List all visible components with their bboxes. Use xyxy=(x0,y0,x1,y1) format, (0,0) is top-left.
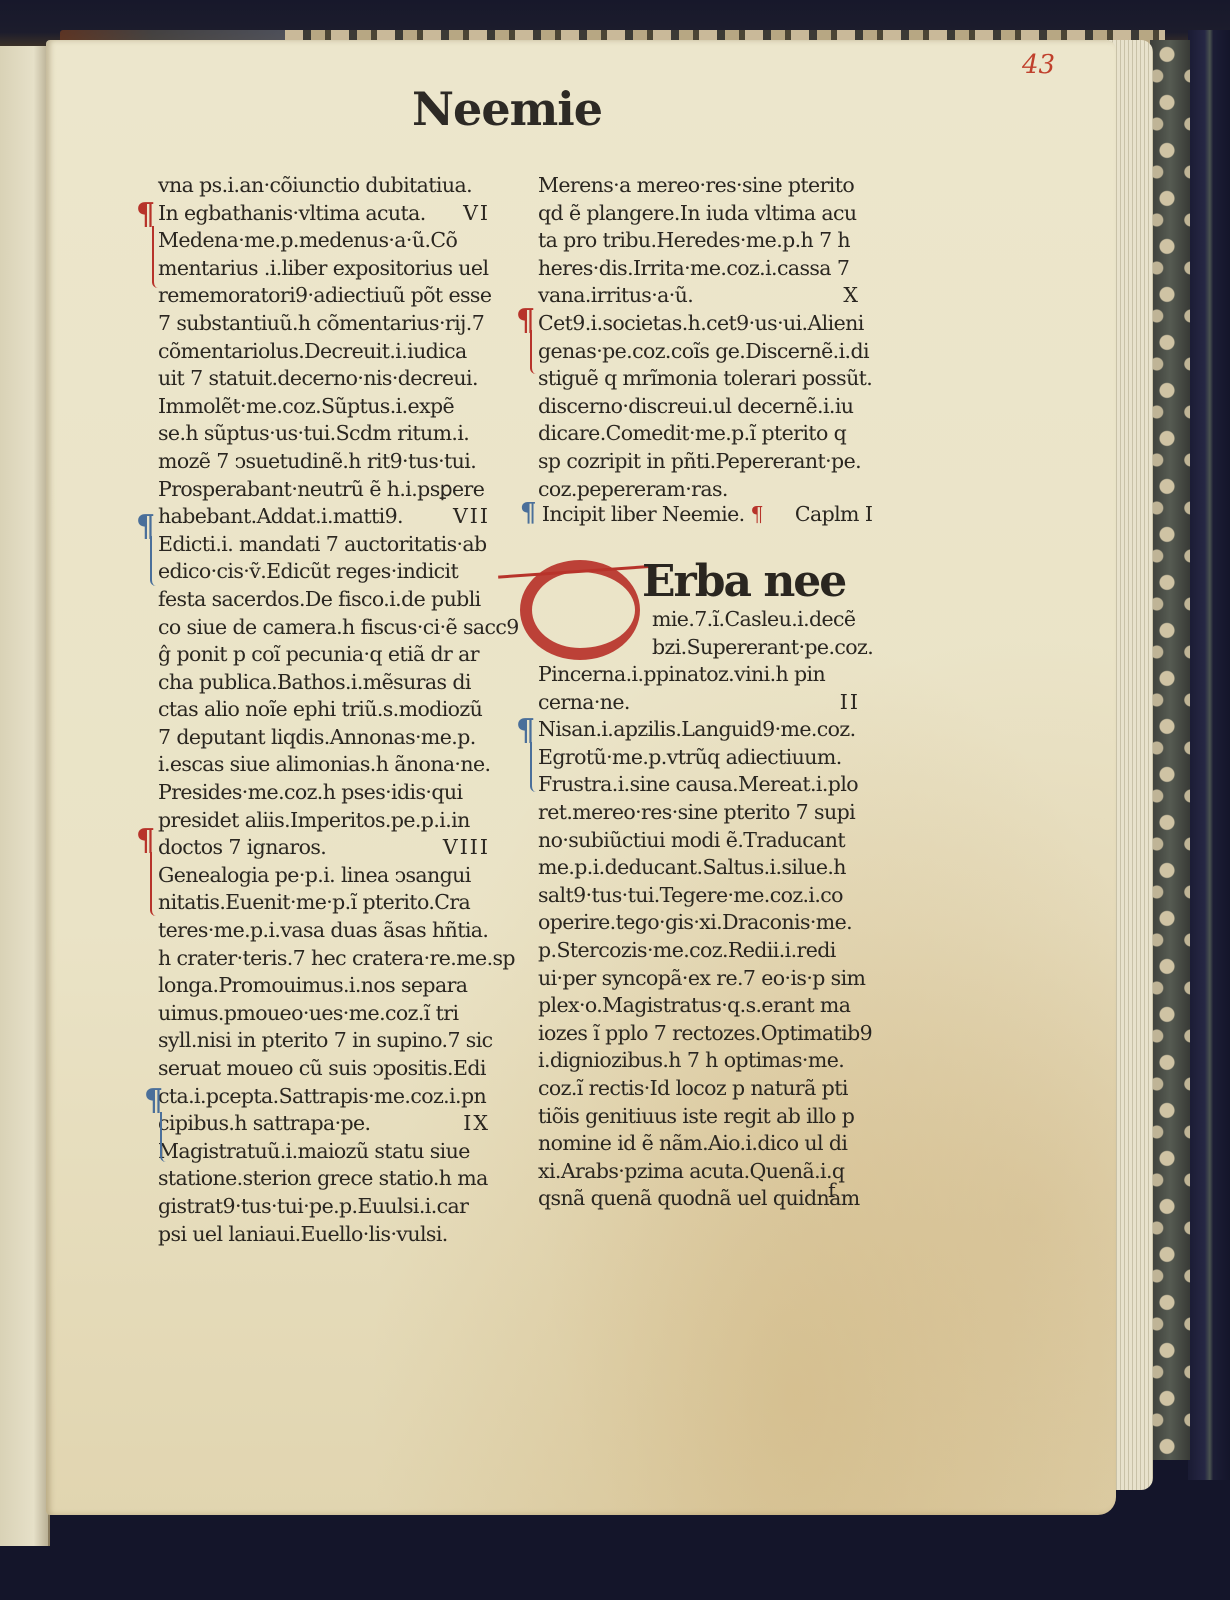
text-line: festa sacerdos.De fisco.i.de publi xyxy=(158,586,498,614)
text-line: presidet aliis.Imperitos.pe.p.i.in xyxy=(158,807,498,835)
text-line: Presides·me.coz.h pses·idis·qui xyxy=(158,779,498,807)
text-line: nomine id ẽ nãm.Aio.i.dico ul di xyxy=(538,1130,868,1158)
text-line-content: cipibus.h sattrapa·pe. xyxy=(158,1111,370,1135)
text-line-content: vna ps.i.an·cõiunctio dubitatiua. xyxy=(158,173,472,197)
text-line-content: gistrat9·tus·tui·pe.p.Euulsi.i.car xyxy=(158,1194,468,1218)
chapter-numeral: II xyxy=(840,689,860,717)
right-column-top: Merens·a mereo·res·sine pteritoqd ẽ plan… xyxy=(538,172,868,503)
text-line-content: Magistratuũ.i.maiozũ statu siue xyxy=(158,1139,470,1163)
text-line: cipibus.h sattrapa·pe.IX xyxy=(158,1110,498,1138)
text-line: statione.sterion grece statio.h ma xyxy=(158,1165,498,1193)
text-line: i.escas siue alimonias.h ãnona·ne. xyxy=(158,751,498,779)
text-line: mozẽ 7 ↄsuetudinẽ.h rit9·tus·tui. xyxy=(158,448,498,476)
text-line-content: statione.sterion grece statio.h ma xyxy=(158,1166,488,1190)
text-line: Frustra.i.sine causa.Mereat.i.plo xyxy=(538,771,868,799)
text-line-content: Medena·me.p.medenus·a·ũ.Cõ xyxy=(158,228,457,252)
text-line: stiguẽ q mrĩmonia tolerari possũt. xyxy=(538,365,868,393)
text-line-content: ta pro tribu.Heredes·me.p.h 7 h xyxy=(538,228,850,252)
text-line: p.Stercozis·me.coz.Redii.i.redi xyxy=(538,937,868,965)
text-line: rememoratori9·adiectiuũ põt esse xyxy=(158,282,498,310)
text-line-content: Immolẽt·me.coz.Sũptus.i.expẽ xyxy=(158,394,454,418)
text-line-content: ĝ ponit p coĩ pecunia·q etiã dr ar xyxy=(158,642,479,666)
text-line-content: mozẽ 7 ↄsuetudinẽ.h rit9·tus·tui. xyxy=(158,449,476,473)
rubric-bracket xyxy=(150,852,160,916)
chapter-heading: Caplm I xyxy=(795,502,872,526)
chapter-numeral: VII xyxy=(453,503,490,531)
text-line-content: 7 deputant liqdis.Annonas·me.p. xyxy=(158,725,476,749)
text-line: operire.tego·gis·xi.Draconis·me. xyxy=(538,909,868,937)
text-line: teres·me.p.i.vasa duas ãsas hñtia. xyxy=(158,917,498,945)
text-line-content: Prosperabant·neutrũ ẽ h.i.psꝑere xyxy=(158,477,484,501)
chapter-numeral: VIII xyxy=(443,834,490,862)
text-line-content: i.escas siue alimonias.h ãnona·ne. xyxy=(158,752,490,776)
text-line: ctas alio noĩe ephi triũ.s.modiozũ xyxy=(158,696,498,724)
rubric-bracket xyxy=(530,330,540,374)
text-line: tiõis genitiuus iste regit ab illo p xyxy=(538,1103,868,1131)
text-line: ret.mereo·res·sine pterito 7 supi xyxy=(538,799,868,827)
text-line-content: co siue de camera.h fiscus·ci·ẽ sacc9 xyxy=(158,615,519,639)
text-line-content: Pincerna.i.ppinatoz.vini.h pin xyxy=(538,662,825,686)
running-head: Neemie xyxy=(412,86,602,132)
text-line: 7 substantiuũ.h cõmentarius·rij.7 xyxy=(158,310,498,338)
text-line-content: habebant.Addat.i.matti9. xyxy=(158,504,403,528)
text-line: ta pro tribu.Heredes·me.p.h 7 h xyxy=(538,227,868,255)
text-line-content: mie.7.ĩ.Casleu.i.decẽ xyxy=(652,607,855,631)
text-line-content: se.h sũptus·us·tui.Scdm ritum.i. xyxy=(158,421,469,445)
text-line: cerna·ne.II xyxy=(538,689,868,717)
text-line-content: syll.nisi in pterito 7 in supino.7 sic xyxy=(158,1028,493,1052)
text-line: vana.irritus·a·ũ.X xyxy=(538,282,868,310)
text-line-content: bzi.Supererant·pe.coz. xyxy=(652,635,873,659)
marbled-endpaper-right xyxy=(1150,40,1190,1460)
text-line-content: h crater·teris.7 hec cratera·re.me.sp xyxy=(158,946,515,970)
text-line: Pincerna.i.ppinatoz.vini.h pin xyxy=(538,661,868,689)
incipit-text: Incipit liber Neemie. xyxy=(542,502,745,526)
facing-page-edge xyxy=(0,46,50,1546)
text-line-content: uit 7 statuit.decerno·nis·decreui. xyxy=(158,366,478,390)
text-line: heres·dis.Irrita·me.coz.i.cassa 7 xyxy=(538,255,868,283)
text-line: Nisan.i.apzilis.Languid9·me.coz. xyxy=(538,716,868,744)
text-line: longa.Promouimus.i.nos separa xyxy=(158,972,498,1000)
incipit-line: ¶ Incipit liber Neemie. ¶ Caplm I xyxy=(520,500,872,526)
text-line-content: uimus.pmoueo·ues·me.coz.ĩ tri xyxy=(158,1001,458,1025)
text-line: cha publica.Bathos.i.mẽsuras di xyxy=(158,669,498,697)
right-column-bottom: Pincerna.i.ppinatoz.vini.h pincerna·ne.I… xyxy=(538,661,868,1213)
text-line-content: qd ẽ plangere.In iuda vltima acu xyxy=(538,201,856,225)
text-line-content: Merens·a mereo·res·sine pterito xyxy=(538,173,854,197)
text-line-content: me.p.i.deducant.Saltus.i.silue.h xyxy=(538,855,846,879)
text-line-content: dicare.Comedit·me.p.ĩ pterito q xyxy=(538,421,846,445)
text-line: uit 7 statuit.decerno·nis·decreui. xyxy=(158,365,498,393)
text-line-content: no·subiũctiui modi ẽ.Traducant xyxy=(538,828,845,852)
text-line-content: teres·me.p.i.vasa duas ãsas hñtia. xyxy=(158,918,488,942)
text-line: syll.nisi in pterito 7 in supino.7 sic xyxy=(158,1027,498,1055)
text-line-content: In egbathanis·vltima acuta. xyxy=(158,201,426,225)
text-line-content: Genealogia pe·p.i. linea ↄsangui xyxy=(158,863,471,887)
text-line: co siue de camera.h fiscus·ci·ẽ sacc9 xyxy=(158,614,498,642)
text-line: no·subiũctiui modi ẽ.Traducant xyxy=(538,827,868,855)
text-line-content: genas·pe.coz.coĩs ge.Discernẽ.i.di xyxy=(538,339,869,363)
text-line-content: vana.irritus·a·ũ. xyxy=(538,283,693,307)
text-line-content: nitatis.Euenit·me·p.ĩ pterito.Cra xyxy=(158,890,470,914)
text-line: me.p.i.deducant.Saltus.i.silue.h xyxy=(538,854,868,882)
text-line: qsnã quenã quodnã uel quidnam xyxy=(538,1185,868,1213)
text-line-content: psi uel laniaui.Euello·lis·vulsi. xyxy=(158,1222,448,1246)
text-line-content: Frustra.i.sine causa.Mereat.i.plo xyxy=(538,772,858,796)
text-line: coz.pepereram·ras. xyxy=(538,476,868,504)
text-line: mie.7.ĩ.Casleu.i.decẽ xyxy=(652,606,873,634)
text-line-content: cha publica.Bathos.i.mẽsuras di xyxy=(158,670,471,694)
after-initial-text: mie.7.ĩ.Casleu.i.decẽbzi.Supererant·pe.c… xyxy=(652,606,873,661)
text-line-content: salt9·tus·tui.Tegere·me.coz.i.co xyxy=(538,883,843,907)
text-line: vna ps.i.an·cõiunctio dubitatiua. xyxy=(158,172,498,200)
text-line-content: p.Stercozis·me.coz.Redii.i.redi xyxy=(538,938,836,962)
text-line: ĝ ponit p coĩ pecunia·q etiã dr ar xyxy=(158,641,498,669)
rubric-bracket xyxy=(150,536,160,586)
text-line: xi.Arabs·pzima acuta.Quenã.i.q xyxy=(538,1158,868,1186)
text-line: uimus.pmoueo·ues·me.coz.ĩ tri xyxy=(158,1000,498,1028)
text-line: Edicti.i. mandati 7 auctoritatis·ab xyxy=(158,531,498,559)
text-line-content: heres·dis.Irrita·me.coz.i.cassa 7 xyxy=(538,256,849,280)
text-line: seruat moueo cũ suis ↄpositis.Edi xyxy=(158,1055,498,1083)
text-line-content: longa.Promouimus.i.nos separa xyxy=(158,973,467,997)
text-line: Magistratuũ.i.maiozũ statu siue xyxy=(158,1138,498,1166)
text-line-content: doctos 7 ignaros. xyxy=(158,835,326,859)
paragraph-mark-icon: ¶ xyxy=(751,502,763,526)
text-line-content: ui·per syncopã·ex re.7 eo·is·p sim xyxy=(538,966,865,990)
left-column: vna ps.i.an·cõiunctio dubitatiua.In egba… xyxy=(158,172,498,1248)
text-line-content: discerno·discreui.ul decernẽ.i.iu xyxy=(538,394,853,418)
text-line-content: nomine id ẽ nãm.Aio.i.dico ul di xyxy=(538,1131,847,1155)
text-line: se.h sũptus·us·tui.Scdm ritum.i. xyxy=(158,420,498,448)
text-line: edico·cis·ṽ.Edicũt reges·indicit xyxy=(158,558,498,586)
text-line-content: qsnã quenã quodnã uel quidnam xyxy=(538,1186,860,1210)
text-line: cta.i.pcepta.Sattrapis·me.coz.i.pn xyxy=(158,1083,498,1111)
text-line: nitatis.Euenit·me·p.ĩ pterito.Cra xyxy=(158,889,498,917)
rubric-bracket xyxy=(160,1112,170,1162)
text-line-content: 7 substantiuũ.h cõmentarius·rij.7 xyxy=(158,311,484,335)
chapter-numeral: X xyxy=(843,282,860,310)
text-line-content: cerna·ne. xyxy=(538,690,630,714)
text-line-content: ctas alio noĩe ephi triũ.s.modiozũ xyxy=(158,697,482,721)
text-line: i.digniozibus.h 7 h optimas·me. xyxy=(538,1047,868,1075)
text-line: Merens·a mereo·res·sine pterito xyxy=(538,172,868,200)
text-line: Cet9.i.societas.h.cet9·us·ui.Alieni xyxy=(538,310,868,338)
text-line: In egbathanis·vltima acuta.VI xyxy=(158,200,498,228)
text-line: salt9·tus·tui.Tegere·me.coz.i.co xyxy=(538,882,868,910)
text-line-content: xi.Arabs·pzima acuta.Quenã.i.q xyxy=(538,1159,844,1183)
text-line-content: plex·o.Magistratus·q.s.erant ma xyxy=(538,993,850,1017)
paragraph-mark-icon: ¶ xyxy=(520,498,536,528)
text-line: coz.ĩ rectis·Id locoz p naturã pti xyxy=(538,1075,868,1103)
text-line-content: ret.mereo·res·sine pterito 7 supi xyxy=(538,800,855,824)
text-line-content: coz.ĩ rectis·Id locoz p naturã pti xyxy=(538,1076,848,1100)
text-line: discerno·discreui.ul decernẽ.i.iu xyxy=(538,393,868,421)
rubric-bracket xyxy=(530,742,540,792)
chapter-numeral: VI xyxy=(463,200,490,228)
text-line-content: tiõis genitiuus iste regit ab illo p xyxy=(538,1104,854,1128)
text-line-content: presidet aliis.Imperitos.pe.p.i.in xyxy=(158,808,470,832)
text-line: habebant.Addat.i.matti9.VII xyxy=(158,503,498,531)
text-line: bzi.Supererant·pe.coz. xyxy=(652,634,873,662)
text-line-content: Cet9.i.societas.h.cet9·us·ui.Alieni xyxy=(538,311,864,335)
text-line: mentarius .i.liber expositorius uel xyxy=(158,255,498,283)
text-line: psi uel laniaui.Euello·lis·vulsi. xyxy=(158,1221,498,1249)
opening-word: Erba nee xyxy=(642,560,845,604)
text-line-content: Presides·me.coz.h pses·idis·qui xyxy=(158,780,462,804)
text-line: ui·per syncopã·ex re.7 eo·is·p sim xyxy=(538,965,868,993)
text-line-content: mentarius .i.liber expositorius uel xyxy=(158,256,488,280)
text-line: 7 deputant liqdis.Annonas·me.p. xyxy=(158,724,498,752)
text-line-content: operire.tego·gis·xi.Draconis·me. xyxy=(538,910,852,934)
text-line: Prosperabant·neutrũ ẽ h.i.psꝑere xyxy=(158,476,498,504)
text-line-content: coz.pepereram·ras. xyxy=(538,477,728,501)
signature-mark: f xyxy=(828,1178,835,1202)
text-line: cõmentariolus.Decreuit.i.iudica xyxy=(158,338,498,366)
text-line: qd ẽ plangere.In iuda vltima acu xyxy=(538,200,868,228)
text-line: Genealogia pe·p.i. linea ↄsangui xyxy=(158,862,498,890)
text-line-content: Edicti.i. mandati 7 auctoritatis·ab xyxy=(158,532,487,556)
text-line-content: stiguẽ q mrĩmonia tolerari possũt. xyxy=(538,366,872,390)
text-line-content: cta.i.pcepta.Sattrapis·me.coz.i.pn xyxy=(158,1084,486,1108)
text-line-content: edico·cis·ṽ.Edicũt reges·indicit xyxy=(158,559,458,583)
text-line: sp cozripit in pñti.Pepererant·pe. xyxy=(538,448,868,476)
text-line: Immolẽt·me.coz.Sũptus.i.expẽ xyxy=(158,393,498,421)
text-line-content: Egrotũ·me.p.vtrũq adiectiuum. xyxy=(538,745,842,769)
text-line-content: rememoratori9·adiectiuũ põt esse xyxy=(158,283,491,307)
text-line-content: cõmentariolus.Decreuit.i.iudica xyxy=(158,339,467,363)
text-line: Medena·me.p.medenus·a·ũ.Cõ xyxy=(158,227,498,255)
rubric-bracket xyxy=(152,226,162,288)
text-line: genas·pe.coz.coĩs ge.Discernẽ.i.di xyxy=(538,338,868,366)
chapter-numeral: IX xyxy=(463,1110,490,1138)
text-line-content: Nisan.i.apzilis.Languid9·me.coz. xyxy=(538,717,856,741)
text-line: h crater·teris.7 hec cratera·re.me.sp xyxy=(158,945,498,973)
book-board-right xyxy=(1188,30,1230,1480)
text-line: dicare.Comedit·me.p.ĩ pterito q xyxy=(538,420,868,448)
text-line-content: i.digniozibus.h 7 h optimas·me. xyxy=(538,1048,844,1072)
text-line: gistrat9·tus·tui·pe.p.Euulsi.i.car xyxy=(158,1193,498,1221)
folio-number: 43 xyxy=(1022,50,1055,80)
text-line: plex·o.Magistratus·q.s.erant ma xyxy=(538,992,868,1020)
text-line: Egrotũ·me.p.vtrũq adiectiuum. xyxy=(538,744,868,772)
decorated-initial-v-icon xyxy=(520,560,640,660)
text-line: iozes ĩ pplo 7 rectozes.Optimatib9 xyxy=(538,1020,868,1048)
text-line-content: seruat moueo cũ suis ↄpositis.Edi xyxy=(158,1056,486,1080)
text-line-content: sp cozripit in pñti.Pepererant·pe. xyxy=(538,449,861,473)
text-line-content: iozes ĩ pplo 7 rectozes.Optimatib9 xyxy=(538,1021,872,1045)
text-line: doctos 7 ignaros.VIII xyxy=(158,834,498,862)
text-line-content: festa sacerdos.De fisco.i.de publi xyxy=(158,587,481,611)
